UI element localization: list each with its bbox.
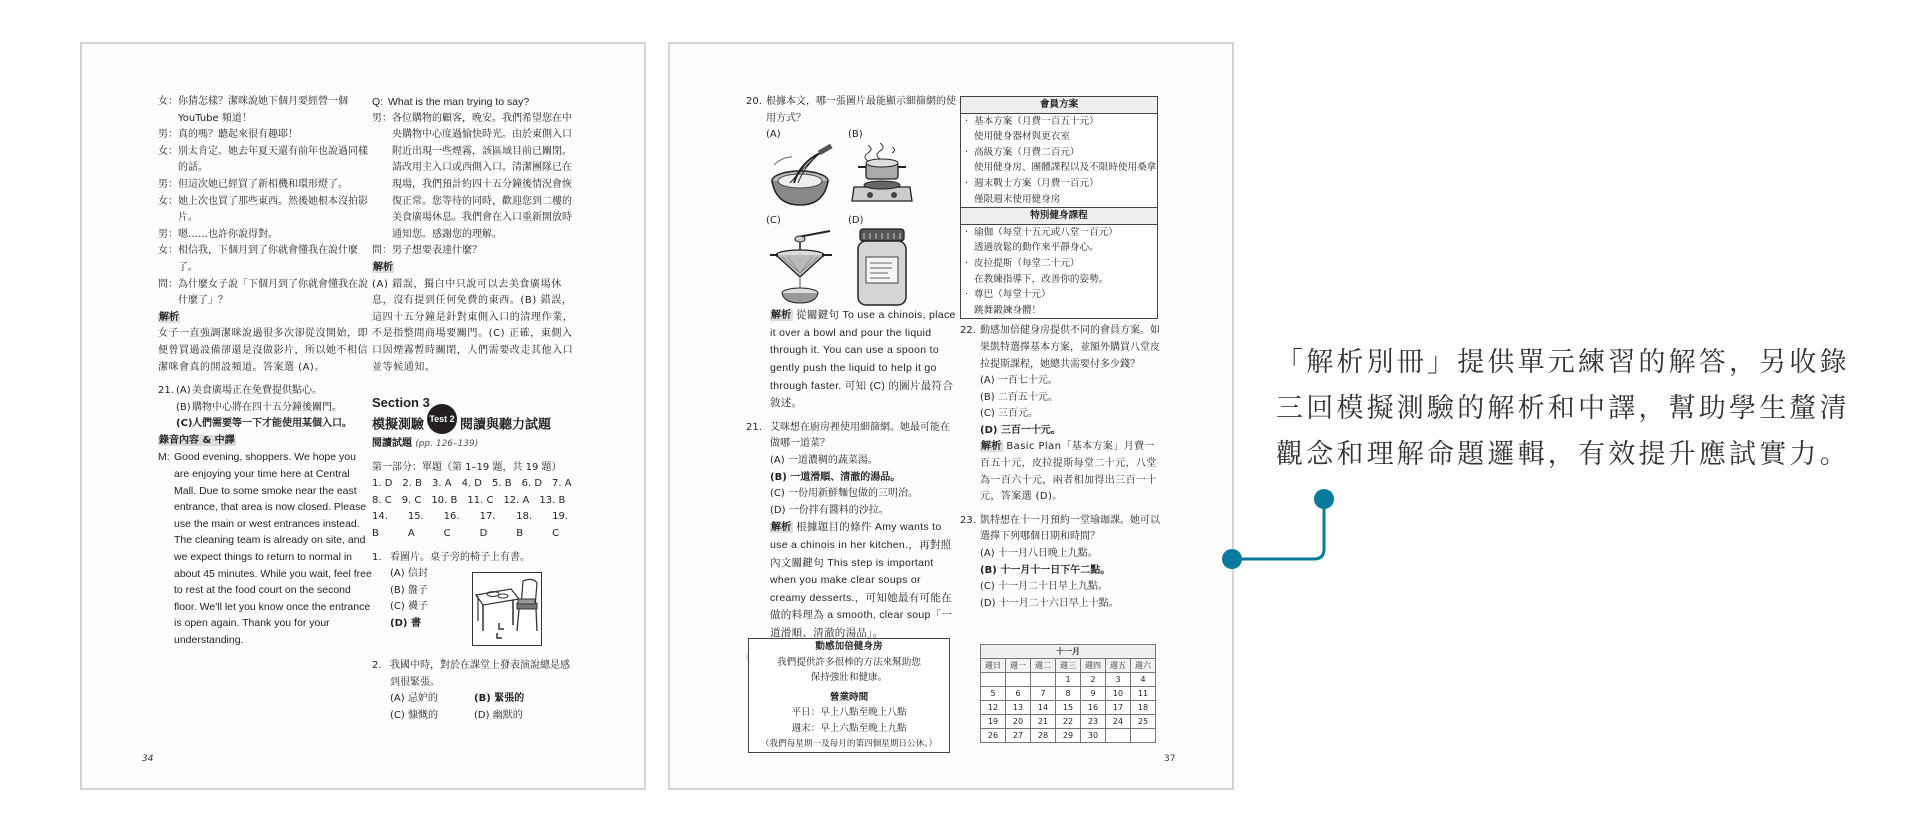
reading-label: 閱讀試題 [372,438,412,449]
calendar-week: 12131415161718 [981,701,1156,715]
table-chair-icon [473,573,541,645]
calendar-week: 1234 [981,673,1156,687]
transcript-label: 錄音內容 & 中譯 [158,435,236,446]
page-number: 37 [1164,754,1175,764]
membership-item: ·週末戰士方案（月費一百元） [961,176,1157,192]
right-page-column-2: 會員方案 ·基本方案（月費一百五十元） 使用健身器材與更衣室 ·高級方案（月費二… [960,96,1164,612]
q23-option: (A) 十一月八日晚上九點。 [960,546,1164,563]
q22-analysis: 解析 Basic Plan「基本方案」月費一百五十元，皮拉提斯每堂二十元，八堂為… [960,439,1164,505]
q1-stem: 1.看圖片。桌子旁的椅子上有書。 [372,550,578,567]
q20-analysis: 解析 從關鍵句 To use a chinois, place it over … [746,307,958,413]
transcript: M:Good evening, shoppers. We hope you ar… [158,449,372,648]
q23-option: (C) 十一月二十日早上九點。 [960,579,1164,596]
q21-option: (A) 一道濃稠的蔬菜湯。 [746,453,958,470]
left-page-column-2: Q:What is the man trying to say? 男：各位購物的… [372,94,578,725]
dialogue-line: 女：你猜怎樣？潔咪說她下個月要經營一個 YouTube 頻道！ [158,94,372,127]
dialogue-line: 女：相信我，下個月到了你就會懂我在說什麼了。 [158,243,372,276]
part-heading: 第一部分：單題（第 1–19 題，共 19 題） [372,460,578,477]
q2-stem: 2.我國中時，對於在課堂上發表演說總是感到很緊張。 [372,658,578,691]
q22-stem: 22.動感加倍健身房提供不同的會員方案。如果凱特選擇基本方案，並額外購買八堂皮拉… [960,323,1164,373]
left-book-page: 女：你猜怎樣？潔咪說她下個月要經營一個 YouTube 頻道！ 男：真的嗎？聽起… [80,42,646,790]
jar-icon [854,227,910,307]
analysis-label: 解析 [158,312,180,323]
membership-item: ·高級方案（月費二百元） [961,145,1157,161]
page-number: 34 [142,754,153,764]
calendar-week: 19202122232425 [981,715,1156,729]
class-item: ·尊巴（每堂十元） [961,287,1157,303]
q21-analysis: 解析 根據題目的條件 Amy wants to use a chinois in… [746,519,958,642]
q20-stem: 20.根據本文，哪一張圖片最能顯示細篩網的使用方式？ [746,94,958,127]
november-calendar: 十一月 週日週一週二週三週四週五週六 1234 567891011 121314… [980,644,1156,743]
q21-stem: 21.艾咪想在廚房裡使用細篩網。她最可能在做哪一道菜？ [746,420,958,453]
right-book-page: 20.根據本文，哪一張圖片最能顯示細篩網的使用方式？ (A) (B) (C) (… [668,42,1234,790]
feature-callout-text: 「解析別冊」提供單元練習的解答，另收錄 三回模擬測驗的解析和中譯，幫助學生釐清 … [1276,340,1876,478]
test-badge: Test 2 [427,404,457,434]
q21-option: 21.(A)美食廣場正在免費提供點心。 [158,383,372,400]
dialogue-line: 男：嗯……也許你說得對。 [158,227,372,244]
dialogue-line: 男：但這次她已經買了新相機和環形燈了。 [158,177,372,194]
connector-end-dot [1314,489,1334,509]
q21-option: (C) 一份用新鮮麵包做的三明治。 [746,486,958,503]
q22-option: (B) 二百五十元。 [960,390,1164,407]
answer-row: 14. B15. A16. C17. D18. B19. C [372,509,578,542]
q2-option-correct: (B) 緊張的 [474,691,564,708]
q22-option-correct: (D) 三百一十元。 [960,423,1164,440]
table-chair-books-illustration [472,572,542,646]
q21-option-correct: (C)人們需要等一下才能使用某個入口。 [158,416,372,433]
callout-connector-line [1220,480,1400,570]
whisk-bowl-icon [768,143,838,209]
membership-table: 會員方案 ·基本方案（月費一百五十元） 使用健身器材與更衣室 ·高級方案（月費二… [960,96,1158,319]
calendar-week: 2627282930 [981,729,1156,743]
connector-start-dot [1222,549,1242,569]
answer-row: 8. C9. C10. B11. C12. A13. B [372,493,578,510]
q1-options: (A) 信封 (B) 盤子 (C) 襪子 (D) 書 [372,566,578,636]
q22-option: (A) 一百七十元。 [960,373,1164,390]
dialogue-line: 女：她上次也買了那些東西。然後她根本沒拍影片。 [158,194,372,227]
membership-item: ·基本方案（月費一百五十元） [961,114,1157,130]
left-page-column-1: 女：你猜怎樣？潔咪說她下個月要經營一個 YouTube 頻道！ 男：真的嗎？聽起… [158,94,372,649]
pot-on-stove-icon [850,141,916,209]
q22-option: (C) 三百元。 [960,406,1164,423]
calendar-week: 567891011 [981,687,1156,701]
analysis-text: 女子一直強調潔咪說過很多次卻從沒開始，即便曾買過設備卻還是沒做影片，所以她不相信… [158,326,372,376]
q2-option: (C) 慷慨的 [390,708,474,725]
q23-option: (D) 十一月二十六日早上十點。 [960,596,1164,613]
analysis-label: 解析 [372,262,394,273]
question-english: Q:What is the man trying to say? [372,94,578,111]
q23-option-correct: (B) 十一月十一日下午二點。 [960,563,1164,580]
dialogue-line: 男：真的嗎？聽起來很有趣耶！ [158,127,372,144]
analysis-text: (A) 錯誤，獨白中只說可以去美食廣場休息，沒有提到任何免費的東西。(B) 錯誤… [372,277,578,377]
class-item: ·皮拉提斯（每堂二十元） [961,256,1157,272]
q20-image-options: (A) (B) (C) (D) [766,127,958,307]
question-chinese: 問：男子想要表達什麼？ [372,243,578,260]
gym-advertisement: 動感加倍健身房 我們提供許多很棒的方法來幫助您 保持強壯和健康。 營業時間 平日… [748,638,950,753]
q23-stem: 23.凱特想在十一月預約一堂瑜珈課。她可以選擇下列哪個日期和時間？ [960,513,1164,546]
q2-option: (A) 忌妒的 [390,691,474,708]
q21-option: (D) 一份拌有醬料的沙拉。 [746,503,958,520]
q21-option: (B)購物中心將在四十五分鐘後關門。 [158,400,372,417]
class-item: ·瑜伽（每堂十五元或八堂一百元） [961,225,1157,241]
question-line: 問：為什麼女子說「下個月到了你就會懂我在說什麼了」？ [158,277,372,310]
q21-option-correct: (B) 一道滑順、清澈的湯品。 [746,470,958,487]
right-page-column-1: 20.根據本文，哪一張圖片最能顯示細篩網的使用方式？ (A) (B) (C) (… [746,94,958,666]
q2-option: (D) 幽默的 [474,708,564,725]
chinois-strainer-icon [768,229,838,305]
dialogue-line: 女：別太肯定。她去年夏天還有前年也說過同樣的話。 [158,144,372,177]
section-heading: Section 3 模擬測驗Test 2閱讀與聽力試題 [372,396,578,440]
translation-text: 男：各位購物的顧客，晚安。我們希望您在中央購物中心度過愉快時光。由於東側入口附近… [372,111,578,244]
answer-row: 1. D2. B3. A4. D5. B6. D7. A [372,476,578,493]
q2-options: (A) 忌妒的 (B) 緊張的 (C) 慷慨的 (D) 幽默的 [372,691,578,724]
reading-pages: (pp. 126–139) [415,439,478,449]
